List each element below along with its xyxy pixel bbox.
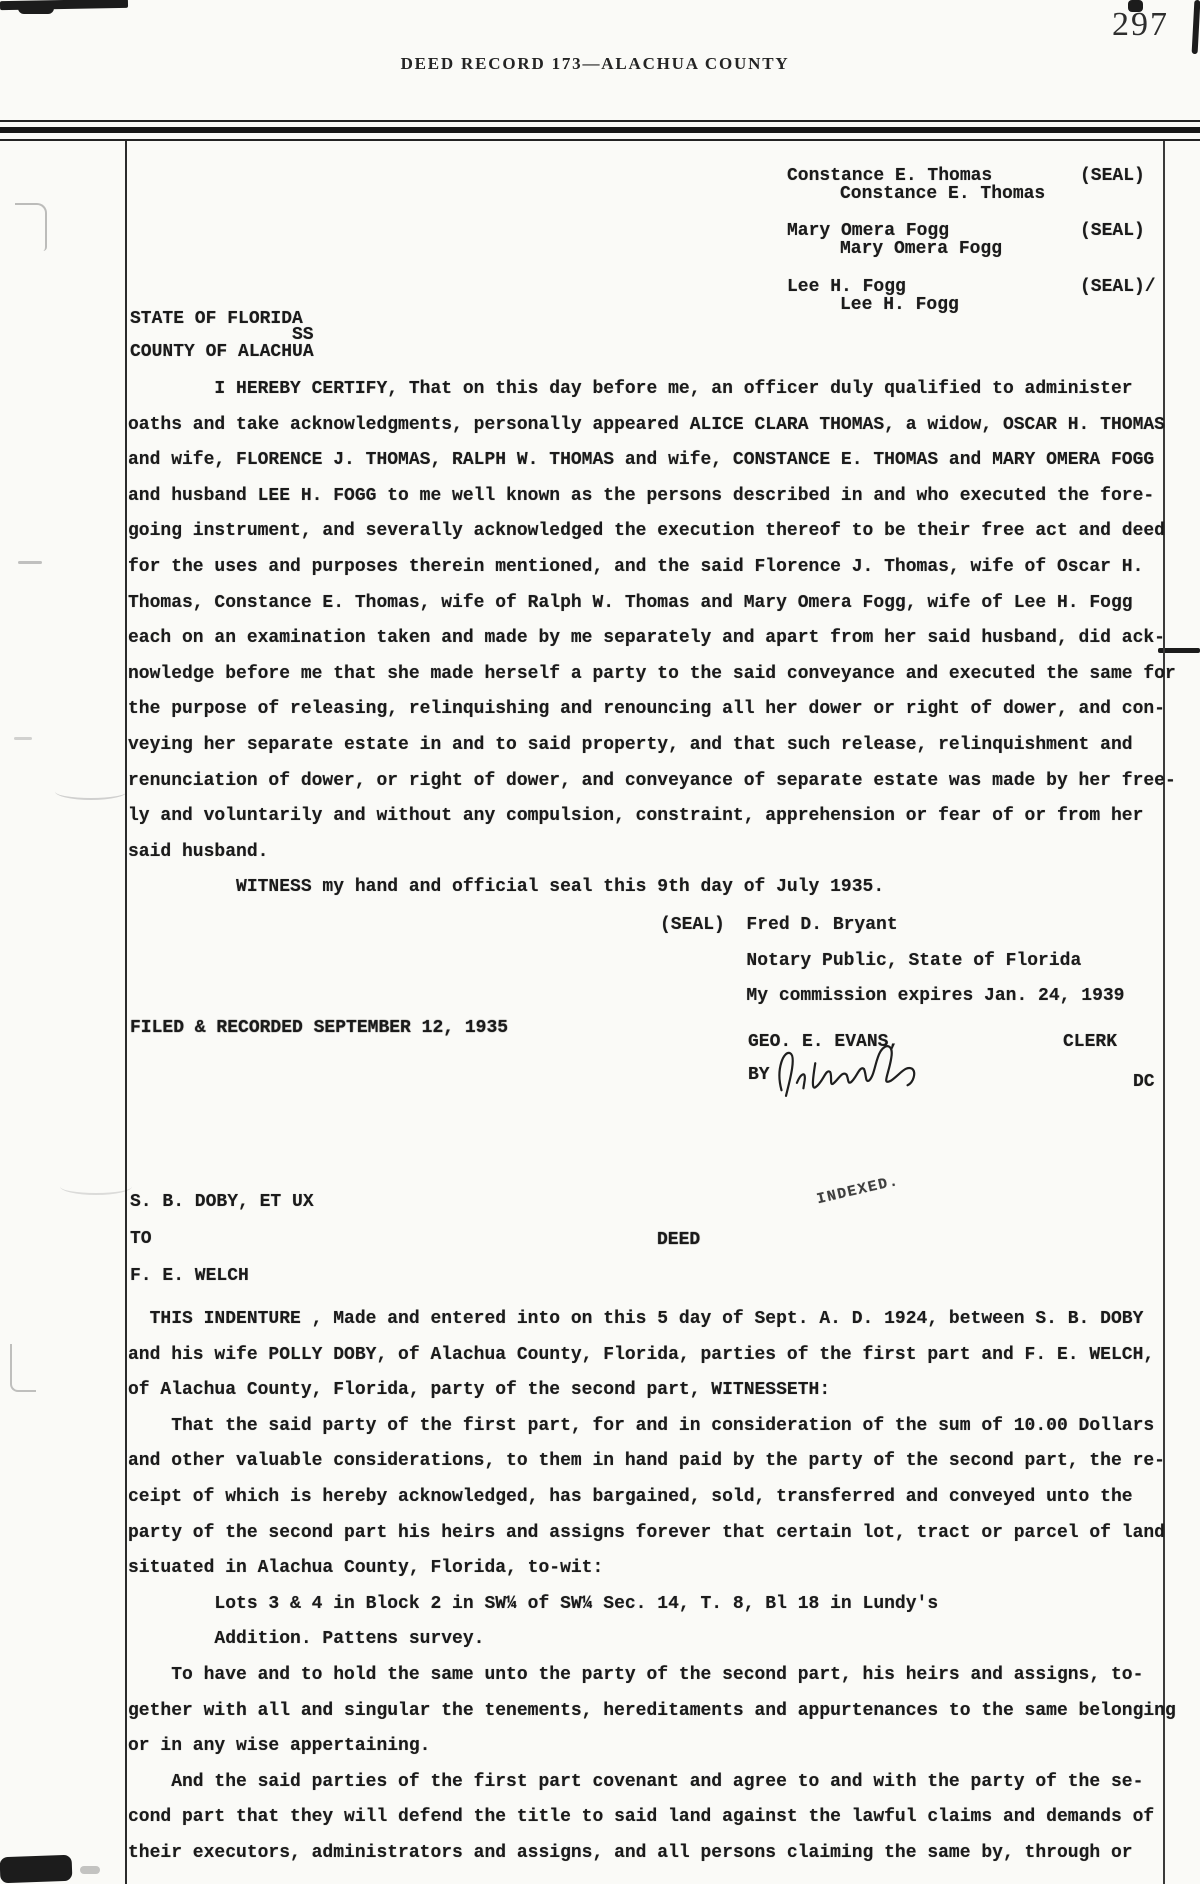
text-line: Addition. Pattens survey.: [128, 1622, 1176, 1658]
text-line: each on an examination taken and made by…: [128, 621, 1176, 657]
margin-curve-1: [55, 783, 127, 800]
text-line: nowledge before me that she made herself…: [128, 657, 1176, 693]
by-label: BY: [748, 1065, 770, 1085]
instrument-type-label: DEED: [657, 1230, 700, 1250]
text-line: cond part that they will defend the titl…: [128, 1800, 1176, 1836]
text-line: said husband.: [128, 835, 1176, 871]
text-line: situated in Alachua County, Florida, to-…: [128, 1551, 1176, 1587]
signature-echo-3: Lee H. Fogg: [840, 295, 959, 315]
left-column-rule: [125, 141, 127, 1884]
signature-name-3: Lee H. Fogg: [787, 277, 906, 297]
text-line: of Alachua County, Florida, party of the…: [128, 1373, 1176, 1409]
page-header-title: DEED RECORD 173—ALACHUA COUNTY: [401, 54, 790, 74]
text-line: To have and to hold the same unto the pa…: [128, 1658, 1176, 1694]
deed-record-scan-page: 297 DEED RECORD 173—ALACHUA COUNTY Const…: [0, 0, 1200, 1884]
seal-label-1: (SEAL): [1080, 166, 1145, 186]
to-label: TO: [130, 1229, 152, 1249]
text-line: Notary Public, State of Florida: [660, 944, 1124, 980]
page-number: 297: [1112, 6, 1169, 44]
text-line: oaths and take acknowledgments, personal…: [128, 408, 1176, 444]
pencil-bracket-left-bottom: [10, 1344, 36, 1392]
text-line: ceipt of which is hereby acknowledged, h…: [128, 1480, 1176, 1516]
dc-label: DC: [1133, 1072, 1155, 1092]
certificate-body: I HEREBY CERTIFY, That on this day befor…: [128, 372, 1176, 906]
indexed-stamp: INDEXED.: [815, 1173, 901, 1208]
jurat-state: STATE OF FLORIDA: [130, 309, 303, 329]
text-line: THIS INDENTURE , Made and entered into o…: [128, 1302, 1176, 1338]
text-line: And the said parties of the first part c…: [128, 1765, 1176, 1801]
text-line: and husband LEE H. FOGG to me well known…: [128, 479, 1176, 515]
clerk-signature: [769, 1025, 935, 1115]
text-line: or in any wise appertaining.: [128, 1729, 1176, 1765]
signature-echo-1: Constance E. Thomas: [840, 184, 1045, 204]
text-line: (SEAL) Fred D. Bryant: [660, 908, 1124, 944]
top-rule-thin-1: [0, 120, 1200, 122]
margin-dash-1: [18, 561, 42, 564]
notary-block: (SEAL) Fred D. Bryant Notary Public, Sta…: [660, 908, 1124, 1015]
grantee-name: F. E. WELCH: [130, 1266, 249, 1286]
text-line: ly and voluntarily and without any compu…: [128, 799, 1176, 835]
filed-recorded-line: FILED & RECORDED SEPTEMBER 12, 1935: [130, 1018, 508, 1038]
scan-smudge-bottom-left-2: [80, 1866, 100, 1874]
signature-name-2: Mary Omera Fogg: [787, 221, 949, 241]
text-line: My commission expires Jan. 24, 1939: [660, 979, 1124, 1015]
clerk-label: CLERK: [1063, 1032, 1117, 1052]
text-line: That the said party of the first part, f…: [128, 1409, 1176, 1445]
text-line: Lots 3 & 4 in Block 2 in SW¼ of SW¼ Sec.…: [128, 1587, 1176, 1623]
signature-echo-2: Mary Omera Fogg: [840, 239, 1002, 259]
margin-curve-2: [60, 1178, 132, 1195]
deed-body: THIS INDENTURE , Made and entered into o…: [128, 1302, 1176, 1872]
text-line: and other valuable considerations, to th…: [128, 1444, 1176, 1480]
signature-name-1: Constance E. Thomas: [787, 166, 992, 186]
text-line: the purpose of releasing, relinquishing …: [128, 692, 1176, 728]
scan-smudge-top-left-2: [18, 2, 54, 14]
text-line: party of the second part his heirs and a…: [128, 1516, 1176, 1552]
jurat-county: COUNTY OF ALACHUA: [130, 342, 314, 362]
text-line: and wife, FLORENCE J. THOMAS, RALPH W. T…: [128, 443, 1176, 479]
text-line: WITNESS my hand and official seal this 9…: [128, 870, 1176, 906]
text-line: gether with all and singular the tenemen…: [128, 1694, 1176, 1730]
top-rule-thin-2: [0, 139, 1200, 141]
scan-smudge-bottom-left: [0, 1855, 72, 1883]
text-line: veying her separate estate in and to sai…: [128, 728, 1176, 764]
seal-label-2: (SEAL): [1080, 221, 1145, 241]
text-line: Thomas, Constance E. Thomas, wife of Ral…: [128, 586, 1176, 622]
margin-dash-2: [14, 737, 32, 740]
scan-edge-mark-right: [1192, 0, 1200, 54]
pencil-bracket-left-top: [15, 203, 47, 251]
text-line: I HEREBY CERTIFY, That on this day befor…: [128, 372, 1176, 408]
seal-label-3: (SEAL)/: [1080, 277, 1156, 297]
text-line: renunciation of dower, or right of dower…: [128, 764, 1176, 800]
text-line: going instrument, and severally acknowle…: [128, 514, 1176, 550]
text-line: their executors, administrators and assi…: [128, 1836, 1176, 1872]
text-line: and his wife POLLY DOBY, of Alachua Coun…: [128, 1338, 1176, 1374]
top-rule-thick: [0, 127, 1200, 133]
grantor-name: S. B. DOBY, ET UX: [130, 1192, 314, 1212]
text-line: for the uses and purposes therein mentio…: [128, 550, 1176, 586]
